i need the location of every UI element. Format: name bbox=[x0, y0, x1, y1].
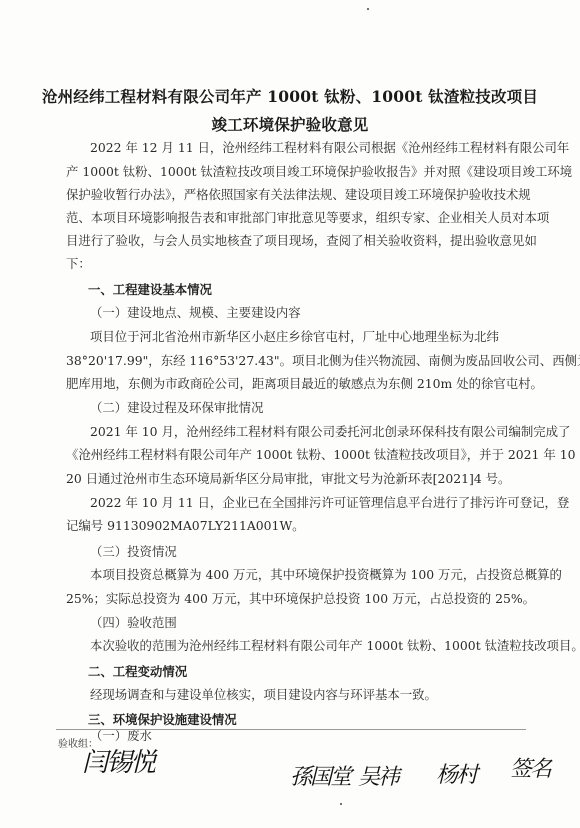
signature-2: 孫国堂 bbox=[290, 760, 350, 791]
body-text-line: 经现场调查和与建设单位核实，项目建设内容与环评基本一致。 bbox=[90, 688, 550, 702]
scan-speck bbox=[367, 8, 369, 10]
body-text-line: 下： bbox=[66, 257, 526, 271]
body-text-line: （三）投资情况 bbox=[90, 545, 550, 559]
body-text-line: 保护验收暂行办法》，严格依照国家有关法律法规、建设项目竣工环境保护验收技术规 bbox=[66, 188, 526, 202]
body-text-line: 产 1000t 钛粉、1000t 钛渣粒技改项目竣工环境保护验收报告》并对照《建… bbox=[66, 165, 526, 179]
body-text-line: 2022 年 10 月 11 日，企业已在全国排污许可证管理信息平台进行了排污许… bbox=[90, 496, 550, 510]
signature-4: 杨村 bbox=[436, 758, 476, 789]
body-text-line: （一）废水 bbox=[90, 729, 550, 743]
scan-speck bbox=[340, 803, 342, 805]
body-text-line: 记编号 91130902MA07LY211A001W。 bbox=[66, 519, 526, 533]
body-text-line: （四）验收范围 bbox=[90, 616, 550, 630]
body-text-line: 肥库用地，东侧为市政商砼公司，距离项目最近的敏感点为东侧 210m 处的徐官屯村… bbox=[66, 377, 526, 391]
body-text-line: （二）建设过程及环保审批情况 bbox=[90, 401, 550, 415]
body-text-line: 38°20'17.99"，东经 116°53'27.43"。项目北侧为佳兴物流园… bbox=[66, 354, 526, 368]
section-heading: 二、工程变动情况 bbox=[88, 665, 548, 679]
document-title-line1: 沧州经纬工程材料有限公司年产 1000t 钛粉、1000t 钛渣粒技改项目 bbox=[0, 85, 580, 107]
body-text-line: 目进行了验收，与会人员实地核查了项目现场，查阅了相关验收资料，提出验收意见如 bbox=[66, 234, 526, 248]
body-text-line: 范、本项目环境影响报告表和审批部门审批意见等要求，组织专家、企业相关人员对本项 bbox=[66, 211, 526, 225]
section-heading: 三、环境保护设施建设情况 bbox=[88, 713, 548, 727]
signature-1: 闫锡悦 bbox=[82, 742, 154, 779]
body-text-line: 本项目投资总概算为 400 万元，其中环境保护投资概算为 100 万元，占投资总… bbox=[90, 568, 550, 582]
section-heading: 一、工程建设基本情况 bbox=[88, 283, 548, 297]
document-title-line2: 竣工环境保护验收意见 bbox=[0, 113, 580, 135]
body-text-line: 2022 年 12 月 11 日，沧州经纬工程材料有限公司根据《沧州经纬工程材料… bbox=[90, 141, 550, 155]
body-text-line: 20 日通过沧州市生态环境局新华区分局审批，审批文号为沧新环表[2021]4 号… bbox=[66, 472, 526, 486]
body-text-line: 2021 年 10 月，沧州经纬工程材料有限公司委托河北创录环保科技有限公司编制… bbox=[90, 425, 550, 439]
body-text-line: （一）建设地点、规模、主要建设内容 bbox=[90, 306, 550, 320]
body-text-line: 本次验收的范围为沧州经纬工程材料有限公司年产 1000t 钛粉、1000t 钛渣… bbox=[90, 639, 550, 653]
signature-5: 签名 bbox=[510, 752, 550, 783]
document-page: 沧州经纬工程材料有限公司年产 1000t 钛粉、1000t 钛渣粒技改项目 竣工… bbox=[0, 0, 580, 828]
body-text-line: 《沧州经纬工程材料有限公司年产 1000t 钛粉、1000t 钛渣粒技改项目》，… bbox=[66, 448, 526, 462]
body-text-line: 项目位于河北省沧州市新华区小赵庄乡徐官屯村，厂址中心地理坐标为北纬 bbox=[90, 330, 550, 344]
body-text-line: 25%；实际总投资为 400 万元，其中环境保护总投资 100 万元，占总投资的… bbox=[66, 592, 526, 606]
signature-3: 吴祎 bbox=[358, 760, 398, 791]
footer-divider bbox=[56, 729, 526, 730]
